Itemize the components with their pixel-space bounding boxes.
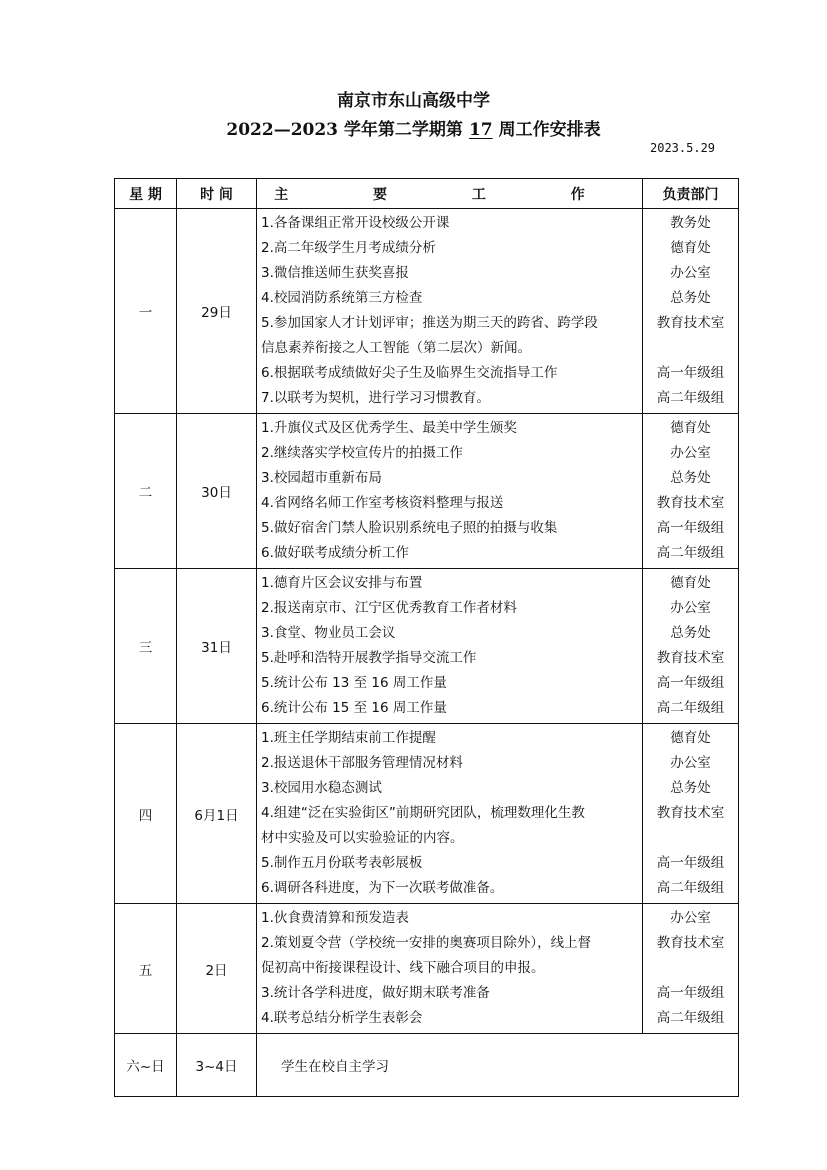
dept-item: 办公室 bbox=[643, 906, 738, 931]
col-header-day: 星 期 bbox=[115, 179, 177, 209]
dept-item: 教育技术室 bbox=[643, 646, 738, 671]
time-cell: 3~4日 bbox=[177, 1034, 257, 1097]
dept-item: 德育处 bbox=[643, 236, 738, 261]
dept-item bbox=[643, 826, 738, 851]
day-cell: 一 bbox=[115, 209, 177, 414]
work-item: 5.做好宿舍门禁人脸识别系统电子照的拍摄与收集 bbox=[261, 516, 642, 541]
schedule-table: 星 期 时 间 主 要 工 作 负责部门 一29日1.各备课组正常开设校级公开课… bbox=[114, 178, 739, 1097]
dept-item bbox=[643, 956, 738, 981]
work-item: 2.高二年级学生月考成绩分析 bbox=[261, 236, 642, 261]
table-row: 五2日1.伙食费清算和预发造表2.策划夏令营（学校统一安排的奥赛项目除外），线上… bbox=[115, 904, 739, 1034]
dept-cell: 德育处办公室总务处教育技术室高一年级组高二年级组 bbox=[643, 569, 739, 724]
dept-item: 高一年级组 bbox=[643, 361, 738, 386]
work-item: 5.制作五月份联考表彰展板 bbox=[261, 851, 642, 876]
work-cell: 1.升旗仪式及区优秀学生、最美中学生颁奖2.继续落实学校宣传片的拍摄工作3.校园… bbox=[257, 414, 643, 569]
work-item: 1.各备课组正常开设校级公开课 bbox=[261, 211, 642, 236]
dept-cell: 德育处办公室总务处教育技术室高一年级组高二年级组 bbox=[643, 724, 739, 904]
work-item: 信息素养衔接之人工智能（第二层次）新闻。 bbox=[261, 336, 642, 361]
title-prefix: 2022—2023 学年第二学期第 bbox=[226, 120, 463, 140]
work-item: 3.统计各学科进度，做好期末联考准备 bbox=[261, 981, 642, 1006]
work-item: 3.校园用水稳态测试 bbox=[261, 776, 642, 801]
dept-item bbox=[643, 336, 738, 361]
dept-cell: 德育处办公室总务处教育技术室高一年级组高二年级组 bbox=[643, 414, 739, 569]
work-cell: 学生在校自主学习 bbox=[257, 1034, 739, 1097]
work-item: 5.赴呼和浩特开展教学指导交流工作 bbox=[261, 646, 642, 671]
dept-item: 总务处 bbox=[643, 776, 738, 801]
work-cell: 1.各备课组正常开设校级公开课2.高二年级学生月考成绩分析3.微信推送师生获奖喜… bbox=[257, 209, 643, 414]
work-item: 5.统计公布 13 至 16 周工作量 bbox=[261, 671, 642, 696]
dept-item: 德育处 bbox=[643, 726, 738, 751]
dept-item: 办公室 bbox=[643, 441, 738, 466]
dept-item: 德育处 bbox=[643, 416, 738, 441]
dept-item: 总务处 bbox=[643, 621, 738, 646]
time-cell: 31日 bbox=[177, 569, 257, 724]
dept-item: 教育技术室 bbox=[643, 931, 738, 956]
work-item: 6.根据联考成绩做好尖子生及临界生交流指导工作 bbox=[261, 361, 642, 386]
dept-item: 办公室 bbox=[643, 596, 738, 621]
day-cell: 三 bbox=[115, 569, 177, 724]
table-row: 三31日1.德育片区会议安排与布置2.报送南京市、江宁区优秀教育工作者材料3.食… bbox=[115, 569, 739, 724]
work-item: 2.报送退休干部服务管理情况材料 bbox=[261, 751, 642, 776]
table-row: 四6月1日1.班主任学期结束前工作提醒2.报送退休干部服务管理情况材料3.校园用… bbox=[115, 724, 739, 904]
table-row: 二30日1.升旗仪式及区优秀学生、最美中学生颁奖2.继续落实学校宣传片的拍摄工作… bbox=[115, 414, 739, 569]
work-item: 4.组建“泛在实验街区”前期研究团队，梳理数理化生教 bbox=[261, 801, 642, 826]
title-suffix: 周工作安排表 bbox=[499, 120, 601, 140]
work-item: 2.策划夏令营（学校统一安排的奥赛项目除外），线上督 bbox=[261, 931, 642, 956]
table-row: 一29日1.各备课组正常开设校级公开课2.高二年级学生月考成绩分析3.微信推送师… bbox=[115, 209, 739, 414]
work-item: 3.微信推送师生获奖喜报 bbox=[261, 261, 642, 286]
day-cell: 二 bbox=[115, 414, 177, 569]
document-date: 2023.5.29 bbox=[650, 141, 715, 155]
work-cell: 1.伙食费清算和预发造表2.策划夏令营（学校统一安排的奥赛项目除外），线上督促初… bbox=[257, 904, 643, 1034]
work-item: 4.省网络名师工作室考核资料整理与报送 bbox=[261, 491, 642, 516]
dept-item: 高一年级组 bbox=[643, 981, 738, 1006]
dept-item: 高一年级组 bbox=[643, 851, 738, 876]
school-name: 南京市东山高级中学 bbox=[0, 86, 827, 111]
dept-item: 高二年级组 bbox=[643, 876, 738, 901]
dept-item: 总务处 bbox=[643, 466, 738, 491]
time-cell: 30日 bbox=[177, 414, 257, 569]
time-cell: 29日 bbox=[177, 209, 257, 414]
work-cell: 1.班主任学期结束前工作提醒2.报送退休干部服务管理情况材料3.校园用水稳态测试… bbox=[257, 724, 643, 904]
dept-item: 教育技术室 bbox=[643, 311, 738, 336]
col-header-work: 主 要 工 作 bbox=[257, 179, 643, 209]
dept-item: 教育技术室 bbox=[643, 801, 738, 826]
dept-item: 高一年级组 bbox=[643, 516, 738, 541]
time-cell: 6月1日 bbox=[177, 724, 257, 904]
col-header-dept: 负责部门 bbox=[643, 179, 739, 209]
work-cell: 1.德育片区会议安排与布置2.报送南京市、江宁区优秀教育工作者材料3.食堂、物业… bbox=[257, 569, 643, 724]
work-item: 6.调研各科进度，为下一次联考做准备。 bbox=[261, 876, 642, 901]
dept-item: 教务处 bbox=[643, 211, 738, 236]
document-title: 2022—2023 学年第二学期第17周工作安排表 bbox=[0, 115, 827, 140]
work-item: 6.统计公布 15 至 16 周工作量 bbox=[261, 696, 642, 721]
dept-item: 高二年级组 bbox=[643, 1006, 738, 1031]
col-header-time: 时 间 bbox=[177, 179, 257, 209]
time-cell: 2日 bbox=[177, 904, 257, 1034]
work-item: 2.继续落实学校宣传片的拍摄工作 bbox=[261, 441, 642, 466]
dept-item: 高二年级组 bbox=[643, 696, 738, 721]
dept-cell: 办公室教育技术室高一年级组高二年级组 bbox=[643, 904, 739, 1034]
work-item: 5.参加国家人才计划评审；推送为期三天的跨省、跨学段 bbox=[261, 311, 642, 336]
dept-item: 德育处 bbox=[643, 571, 738, 596]
work-item: 4.联考总结分析学生表彰会 bbox=[261, 1006, 642, 1031]
work-item: 1.德育片区会议安排与布置 bbox=[261, 571, 642, 596]
work-item: 7.以联考为契机，进行学习习惯教育。 bbox=[261, 386, 642, 411]
dept-item: 办公室 bbox=[643, 751, 738, 776]
dept-item: 总务处 bbox=[643, 286, 738, 311]
work-item: 促初高中衔接课程设计、线下融合项目的申报。 bbox=[261, 956, 642, 981]
work-item: 3.食堂、物业员工会议 bbox=[261, 621, 642, 646]
dept-item: 办公室 bbox=[643, 261, 738, 286]
work-item: 1.班主任学期结束前工作提醒 bbox=[261, 726, 642, 751]
dept-cell: 教务处德育处办公室总务处教育技术室高一年级组高二年级组 bbox=[643, 209, 739, 414]
day-cell: 五 bbox=[115, 904, 177, 1034]
work-item: 1.伙食费清算和预发造表 bbox=[261, 906, 642, 931]
dept-item: 高二年级组 bbox=[643, 541, 738, 566]
dept-item: 高一年级组 bbox=[643, 671, 738, 696]
table-header-row: 星 期 时 间 主 要 工 作 负责部门 bbox=[115, 179, 739, 209]
work-item: 1.升旗仪式及区优秀学生、最美中学生颁奖 bbox=[261, 416, 642, 441]
work-item: 6.做好联考成绩分析工作 bbox=[261, 541, 642, 566]
work-item: 4.校园消防系统第三方检查 bbox=[261, 286, 642, 311]
week-number: 17 bbox=[463, 120, 499, 140]
work-item: 2.报送南京市、江宁区优秀教育工作者材料 bbox=[261, 596, 642, 621]
table-row-weekend: 六~日 3~4日 学生在校自主学习 bbox=[115, 1034, 739, 1097]
day-cell: 四 bbox=[115, 724, 177, 904]
dept-item: 教育技术室 bbox=[643, 491, 738, 516]
work-item: 材中实验及可以实验验证的内容。 bbox=[261, 826, 642, 851]
day-cell: 六~日 bbox=[115, 1034, 177, 1097]
dept-item: 高二年级组 bbox=[643, 386, 738, 411]
work-item: 3.校园超市重新布局 bbox=[261, 466, 642, 491]
